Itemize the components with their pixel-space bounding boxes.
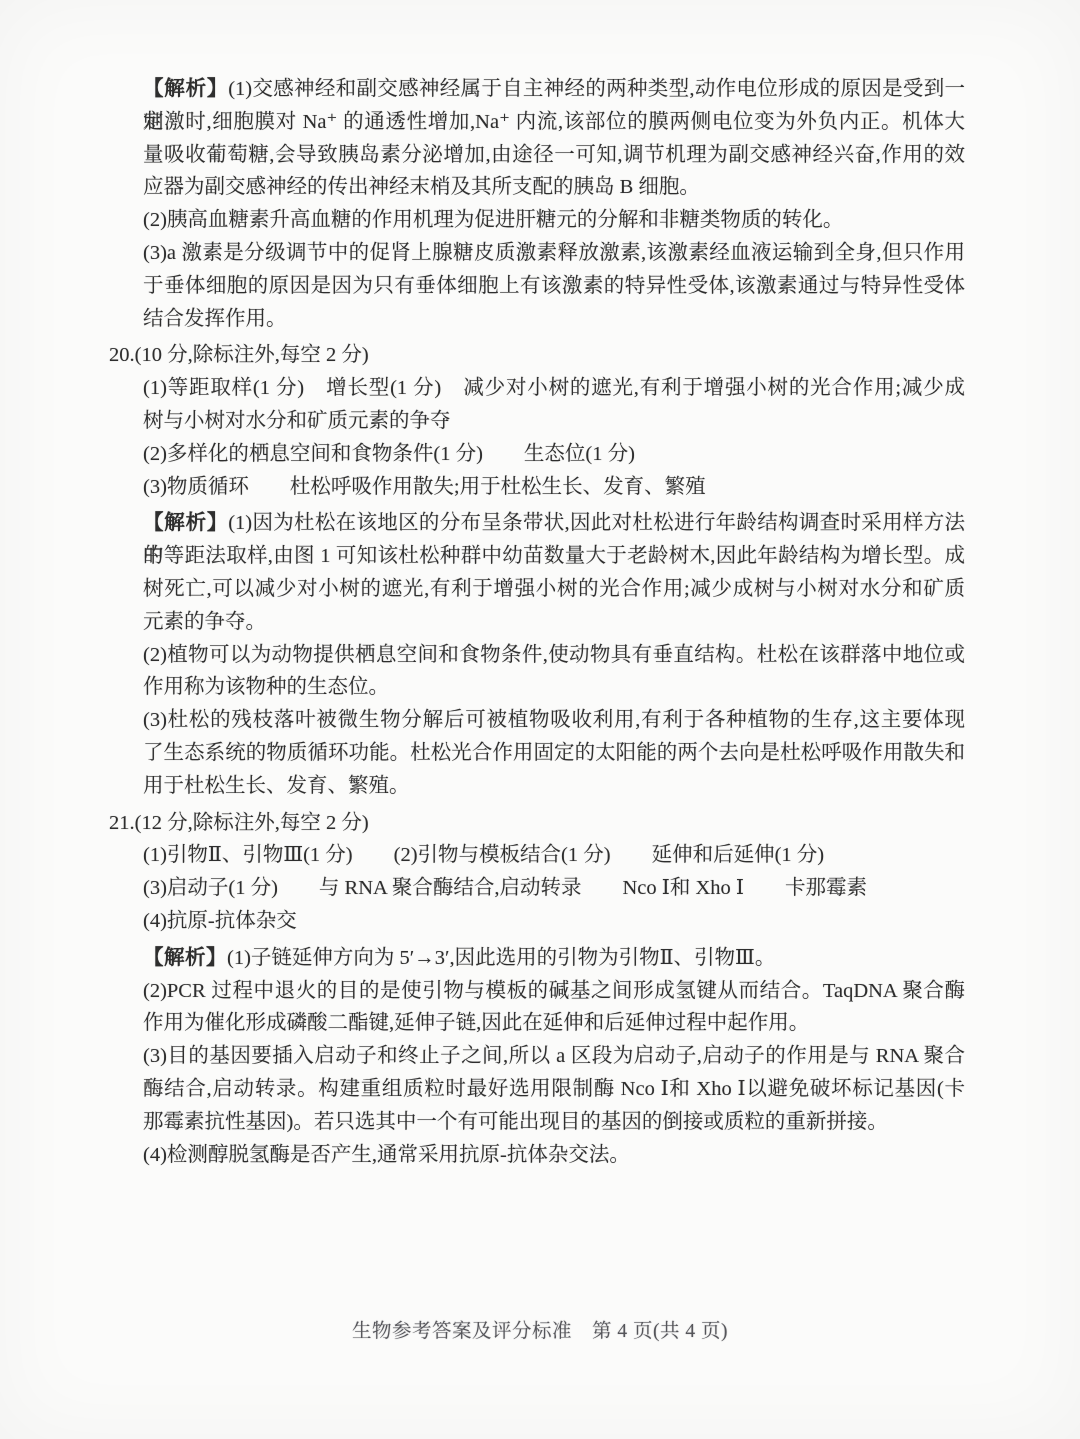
text-line: (3)物质循环 杜松呼吸作用散失;用于杜松生长、发育、繁殖 bbox=[143, 471, 965, 504]
question-21-answers: 21.(12 分,除标注外,每空 2 分)(1)引物Ⅱ、引物Ⅲ(1 分) (2)… bbox=[143, 807, 965, 938]
text-line: 了生态系统的物质循环功能。杜松光合作用固定的太阳能的两个去向是杜松呼吸作用散失和 bbox=[143, 737, 965, 770]
text-line: 作用为催化形成磷酸二酯键,延伸子链,因此在延伸和后延伸过程中起作用。 bbox=[143, 1007, 965, 1040]
text-line: 树死亡,可以减少对小树的遮光,有利于增强小树的光合作用;减少成树与小树对水分和矿… bbox=[143, 573, 965, 606]
analysis-label: 【解析】 bbox=[143, 946, 227, 969]
text-line: 用于杜松生长、发育、繁殖。 bbox=[143, 770, 965, 803]
answer-sheet-page: 【解析】(1)交感神经和副交感神经属于自主神经的两种类型,动作电位形成的原因是受… bbox=[0, 0, 1080, 1439]
text-line: 的等距法取样,由图 1 可知该杜松种群中幼苗数量大于老龄树木,因此年龄结构为增长… bbox=[143, 540, 965, 573]
text-line: 作用称为该物种的生态位。 bbox=[143, 671, 965, 704]
text-line: 刺激时,细胞膜对 Na⁺ 的通透性增加,Na⁺ 内流,该部位的膜两侧电位变为外负… bbox=[143, 106, 965, 139]
text-line: (2)植物可以为动物提供栖息空间和食物条件,使动物具有垂直结构。杜松在该群落中地… bbox=[143, 639, 965, 672]
text-line: 量吸收葡萄糖,会导致胰岛素分泌增加,由途径一可知,调节机理为副交感神经兴奋,作用… bbox=[143, 139, 965, 172]
text-line: (1)等距取样(1 分) 增长型(1 分) 减少对小树的遮光,有利于增强小树的光… bbox=[143, 372, 965, 405]
text-line: (4)抗原-抗体杂交 bbox=[143, 905, 965, 938]
question-20-analysis: 【解析】(1)因为杜松在该地区的分布呈条带状,因此对杜松进行年龄结构调查时采用样… bbox=[143, 507, 965, 802]
question-21-analysis: 【解析】(1)子链延伸方向为 5′→3′,因此选用的引物为引物Ⅱ、引物Ⅲ。(2)… bbox=[143, 942, 965, 1172]
text-line: 酶结合,启动转录。构建重组质粒时最好选用限制酶 Nco Ⅰ和 Xho Ⅰ以避免破… bbox=[143, 1073, 965, 1106]
text-line: 【解析】(1)因为杜松在该地区的分布呈条带状,因此对杜松进行年龄结构调查时采用样… bbox=[143, 507, 965, 540]
text-line: 那霉素抗性基因)。若只选其中一个有可能出现目的基因的倒接或质粒的重新拼接。 bbox=[143, 1106, 965, 1139]
page-footer: 生物参考答案及评分标准 第 4 页(共 4 页) bbox=[0, 1317, 1080, 1347]
text-line: 于垂体细胞的原因是因为只有垂体细胞上有该激素的特异性受体,该激素通过与特异性受体 bbox=[143, 270, 965, 303]
text-line: (1)引物Ⅱ、引物Ⅲ(1 分) (2)引物与模板结合(1 分) 延伸和后延伸(1… bbox=[143, 839, 965, 872]
text-line: 应器为副交感神经的传出神经末梢及其所支配的胰岛 B 细胞。 bbox=[143, 171, 965, 204]
analysis-label: 【解析】 bbox=[143, 77, 228, 100]
question-19-analysis: 【解析】(1)交感神经和副交感神经属于自主神经的两种类型,动作电位形成的原因是受… bbox=[143, 73, 965, 335]
text-line: 【解析】(1)子链延伸方向为 5′→3′,因此选用的引物为引物Ⅱ、引物Ⅲ。 bbox=[143, 942, 965, 975]
text-line: (3)目的基因要插入启动子和终止子之间,所以 a 区段为启动子,启动子的作用是与… bbox=[143, 1040, 965, 1073]
text-line: (3)杜松的残枝落叶被微生物分解后可被植物吸收利用,有利于各种植物的生存,这主要… bbox=[143, 704, 965, 737]
text-line: 元素的争夺。 bbox=[143, 606, 965, 639]
text-line: (3)a 激素是分级调节中的促肾上腺糖皮质激素释放激素,该激素经血液运输到全身,… bbox=[143, 237, 965, 270]
analysis-label: 【解析】 bbox=[143, 511, 228, 534]
text-line: (3)启动子(1 分) 与 RNA 聚合酶结合,启动转录 Nco Ⅰ和 Xho … bbox=[143, 872, 965, 905]
text-line: 结合发挥作用。 bbox=[143, 303, 965, 336]
text-line: (2)胰高血糖素升高血糖的作用机理为促进肝糖元的分解和非糖类物质的转化。 bbox=[143, 204, 965, 237]
text-line: 【解析】(1)交感神经和副交感神经属于自主神经的两种类型,动作电位形成的原因是受… bbox=[143, 73, 965, 106]
text-line: 21.(12 分,除标注外,每空 2 分) bbox=[109, 807, 965, 840]
text-line: (2)PCR 过程中退火的目的是使引物与模板的碱基之间形成氢键从而结合。TaqD… bbox=[143, 975, 965, 1008]
document-body: 【解析】(1)交感神经和副交感神经属于自主神经的两种类型,动作电位形成的原因是受… bbox=[143, 73, 965, 1171]
question-20-answers: 20.(10 分,除标注外,每空 2 分)(1)等距取样(1 分) 增长型(1 … bbox=[143, 339, 965, 503]
text-line: (2)多样化的栖息空间和食物条件(1 分) 生态位(1 分) bbox=[143, 438, 965, 471]
text-line: 20.(10 分,除标注外,每空 2 分) bbox=[109, 339, 965, 372]
text-line: 树与小树对水分和矿质元素的争夺 bbox=[143, 405, 965, 438]
text-line: (4)检测醇脱氢酶是否产生,通常采用抗原-抗体杂交法。 bbox=[143, 1139, 965, 1172]
